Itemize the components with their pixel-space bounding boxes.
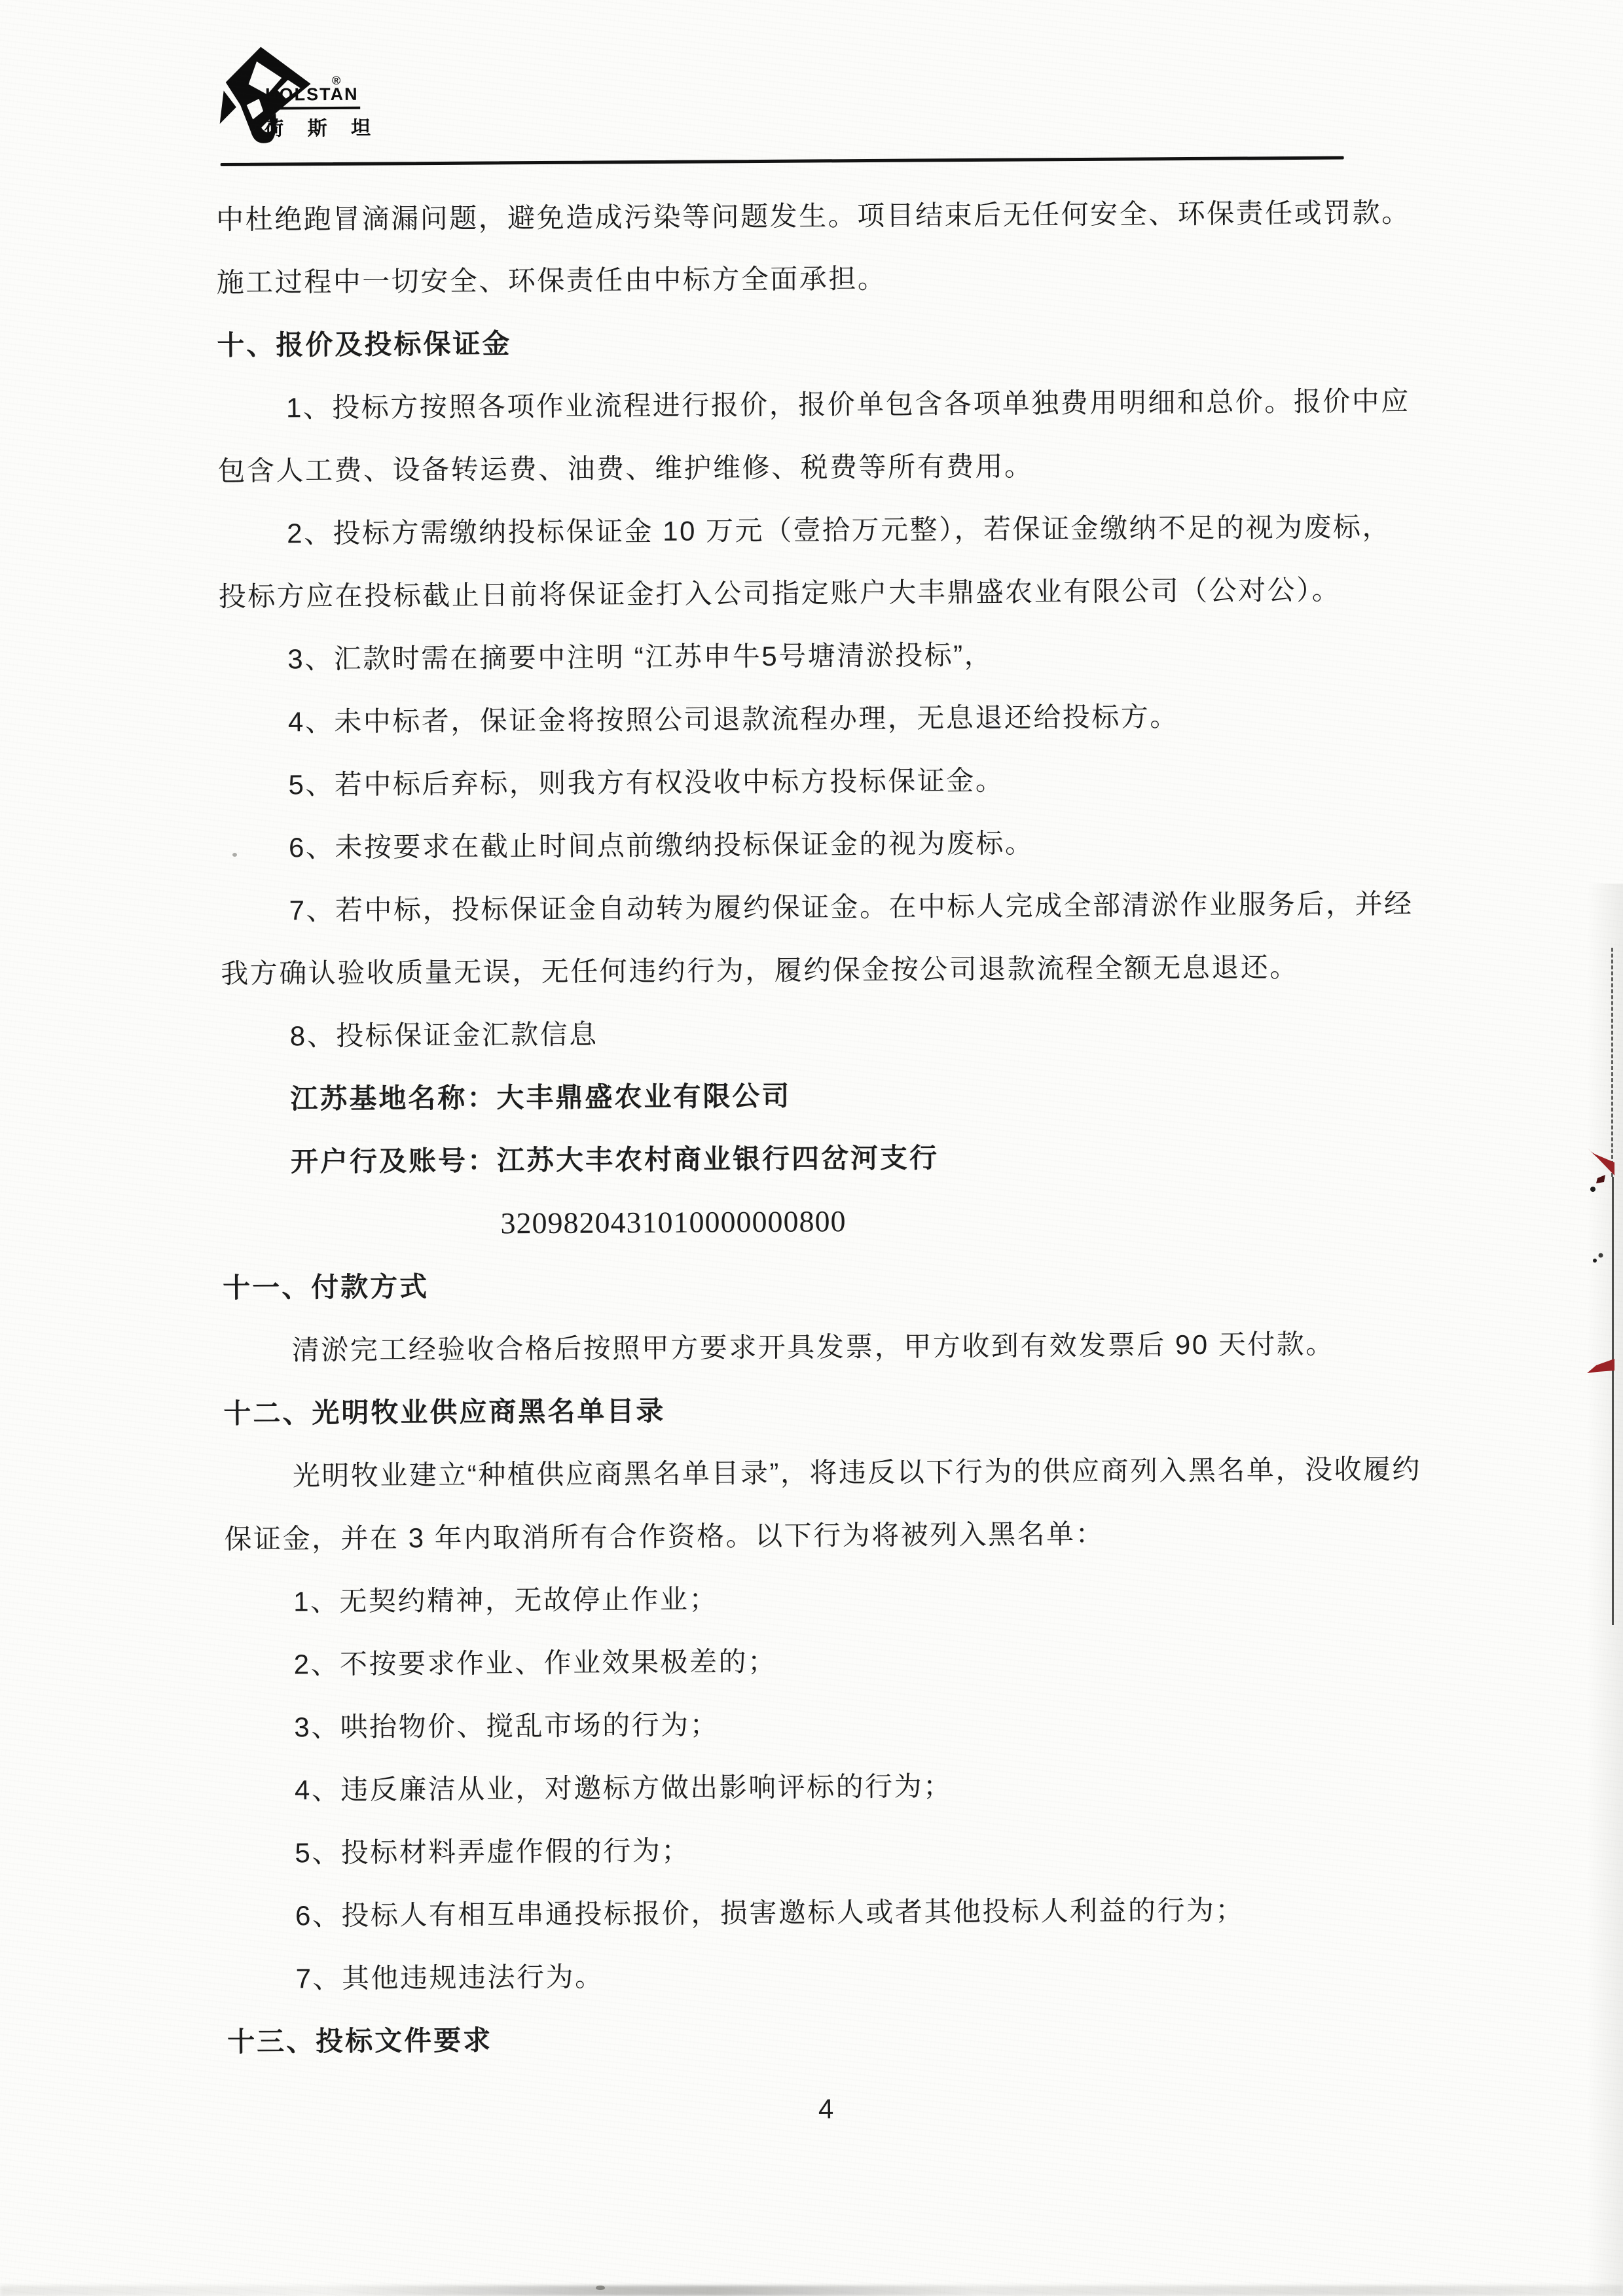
text-line: 施工过程中一切安全、环保责任由中标方全面承担。 xyxy=(217,244,1422,314)
text-line: 4、未中标者，保证金将按照公司退款流程办理，无息退还给投标方。 xyxy=(219,684,1425,754)
text-line: 3、汇款时需在摘要中注明 “江苏申牛5号塘清淤投标”， xyxy=(219,621,1424,691)
text-line: 十三、投标文件要求 xyxy=(227,2003,1432,2073)
text-line: 十一、付款方式 xyxy=(223,1249,1428,1319)
text-line: 开户行及账号：江苏大丰农村商业银行四岔河支行 xyxy=(222,1124,1427,1194)
text-line: 投标方应在投标截止日前将保证金打入公司指定账户大丰鼎盛农业有限公司（公对公）。 xyxy=(218,558,1423,628)
text-line: 6、投标人有相互串通投标报价，损害邀标人或者其他投标人利益的行为； xyxy=(227,1878,1432,1948)
scan-speck xyxy=(367,663,370,669)
text-line: 保证金，并在 3 年内取消所有合作资格。以下行为将被列入黑名单： xyxy=(224,1501,1429,1571)
text-line: 江苏基地名称：大丰鼎盛农业有限公司 xyxy=(221,1061,1427,1131)
text-line: 3、哄抬物价、搅乱市场的行为； xyxy=(225,1689,1431,1759)
scan-tilt-layer: HOLSTAN ® 荷 斯 坦 中杜绝跑冒滴漏问题，避免造成污染等问题发生。项目… xyxy=(0,0,1623,2296)
scan-bottom-band xyxy=(0,2286,1623,2296)
text-line: 1、无契约精神，无故停止作业； xyxy=(225,1564,1430,1634)
text-line: 中杜绝跑冒滴漏问题，避免造成污染等问题发生。项目结束后无任何安全、环保责任或罚款… xyxy=(216,181,1421,251)
page-number: 4 xyxy=(818,2089,834,2128)
red-pen-stroke-icon xyxy=(1587,1359,1614,1373)
text-line: 十二、光明牧业供应商黑名单目录 xyxy=(223,1375,1429,1445)
text-line: 2、投标方需缴纳投标保证金 10 万元（壹拾万元整），若保证金缴纳不足的视为废标… xyxy=(218,495,1423,565)
text-line: 4、违反廉洁从业，对邀标方做出影响评标的行为； xyxy=(226,1752,1431,1822)
text-line: 7、其他违规违法行为。 xyxy=(227,1941,1432,2011)
registered-trademark-icon: ® xyxy=(332,74,340,88)
document-body: 中杜绝跑冒滴漏问题，避免造成污染等问题发生。项目结束后无任何安全、环保责任或罚款… xyxy=(216,181,1432,2073)
text-line: 5、投标材料弄虚作假的行为； xyxy=(226,1815,1431,1885)
text-line: 7、若中标，投标保证金自动转为履约保证金。在中标人完成全部清淤作业服务后，并经 xyxy=(220,872,1425,942)
text-line: 光明牧业建立“种植供应商黑名单目录”，将违反以下行为的供应商列入黑名单，没收履约 xyxy=(224,1438,1429,1508)
text-line: 我方确认验收质量无误，无任何违约行为，履约保金按公司退款流程全额无息退还。 xyxy=(221,935,1426,1005)
text-line: 十、报价及投标保证金 xyxy=(217,307,1422,377)
text-line: 5、若中标后弃标，则我方有权没收中标方投标保证金。 xyxy=(219,747,1425,817)
text-line: 清淤完工经验收合格后按照甲方要求开具发票，甲方收到有效发票后 90 天付款。 xyxy=(223,1312,1428,1382)
header-rule xyxy=(221,156,1344,166)
text-line: 2、不按要求作业、作业效果极差的； xyxy=(225,1626,1430,1696)
brand-name-chinese: 荷 斯 坦 xyxy=(264,112,380,141)
brand-name: HOLSTAN xyxy=(264,84,360,110)
text-line: 1、投标方按照各项作业流程进行报价，报价单包含各项单独费用明细和总价。报价中应 xyxy=(217,370,1423,440)
text-line: 6、未按要求在截止时间点前缴纳投标保证金的视为废标。 xyxy=(220,810,1425,880)
text-line: 8、投标保证金汇款信息 xyxy=(221,998,1427,1068)
text-line: 3209820431010000000800 xyxy=(222,1187,1427,1257)
scan-speck xyxy=(232,853,237,857)
red-pen-marks xyxy=(1571,1139,1623,1388)
text-line: 包含人工费、设备转运费、油费、维护维修、税费等所有费用。 xyxy=(217,433,1423,503)
scanned-page: HOLSTAN ® 荷 斯 坦 中杜绝跑冒滴漏问题，避免造成污染等问题发生。项目… xyxy=(0,0,1623,2296)
red-pen-stroke-icon xyxy=(1588,1148,1614,1175)
